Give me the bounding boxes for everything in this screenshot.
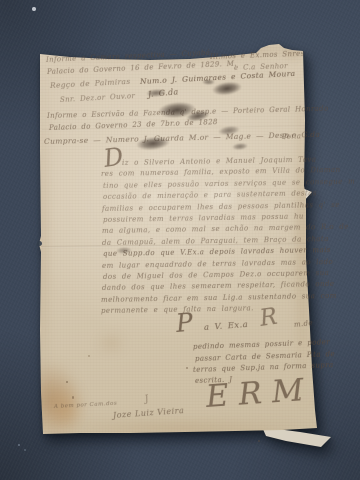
speck-layer bbox=[0, 0, 360, 480]
dust-speck bbox=[18, 444, 20, 446]
dust-speck bbox=[37, 241, 42, 246]
dust-speck bbox=[72, 396, 74, 399]
photo-of-manuscript: Informe a Camara respectiva — CuyabáIll.… bbox=[0, 0, 360, 480]
dust-speck bbox=[299, 397, 301, 399]
dust-speck bbox=[66, 381, 68, 383]
dust-speck bbox=[32, 7, 36, 11]
dust-speck bbox=[186, 367, 188, 369]
dust-speck bbox=[258, 440, 260, 442]
dust-speck bbox=[24, 449, 26, 451]
dust-speck bbox=[88, 355, 90, 357]
